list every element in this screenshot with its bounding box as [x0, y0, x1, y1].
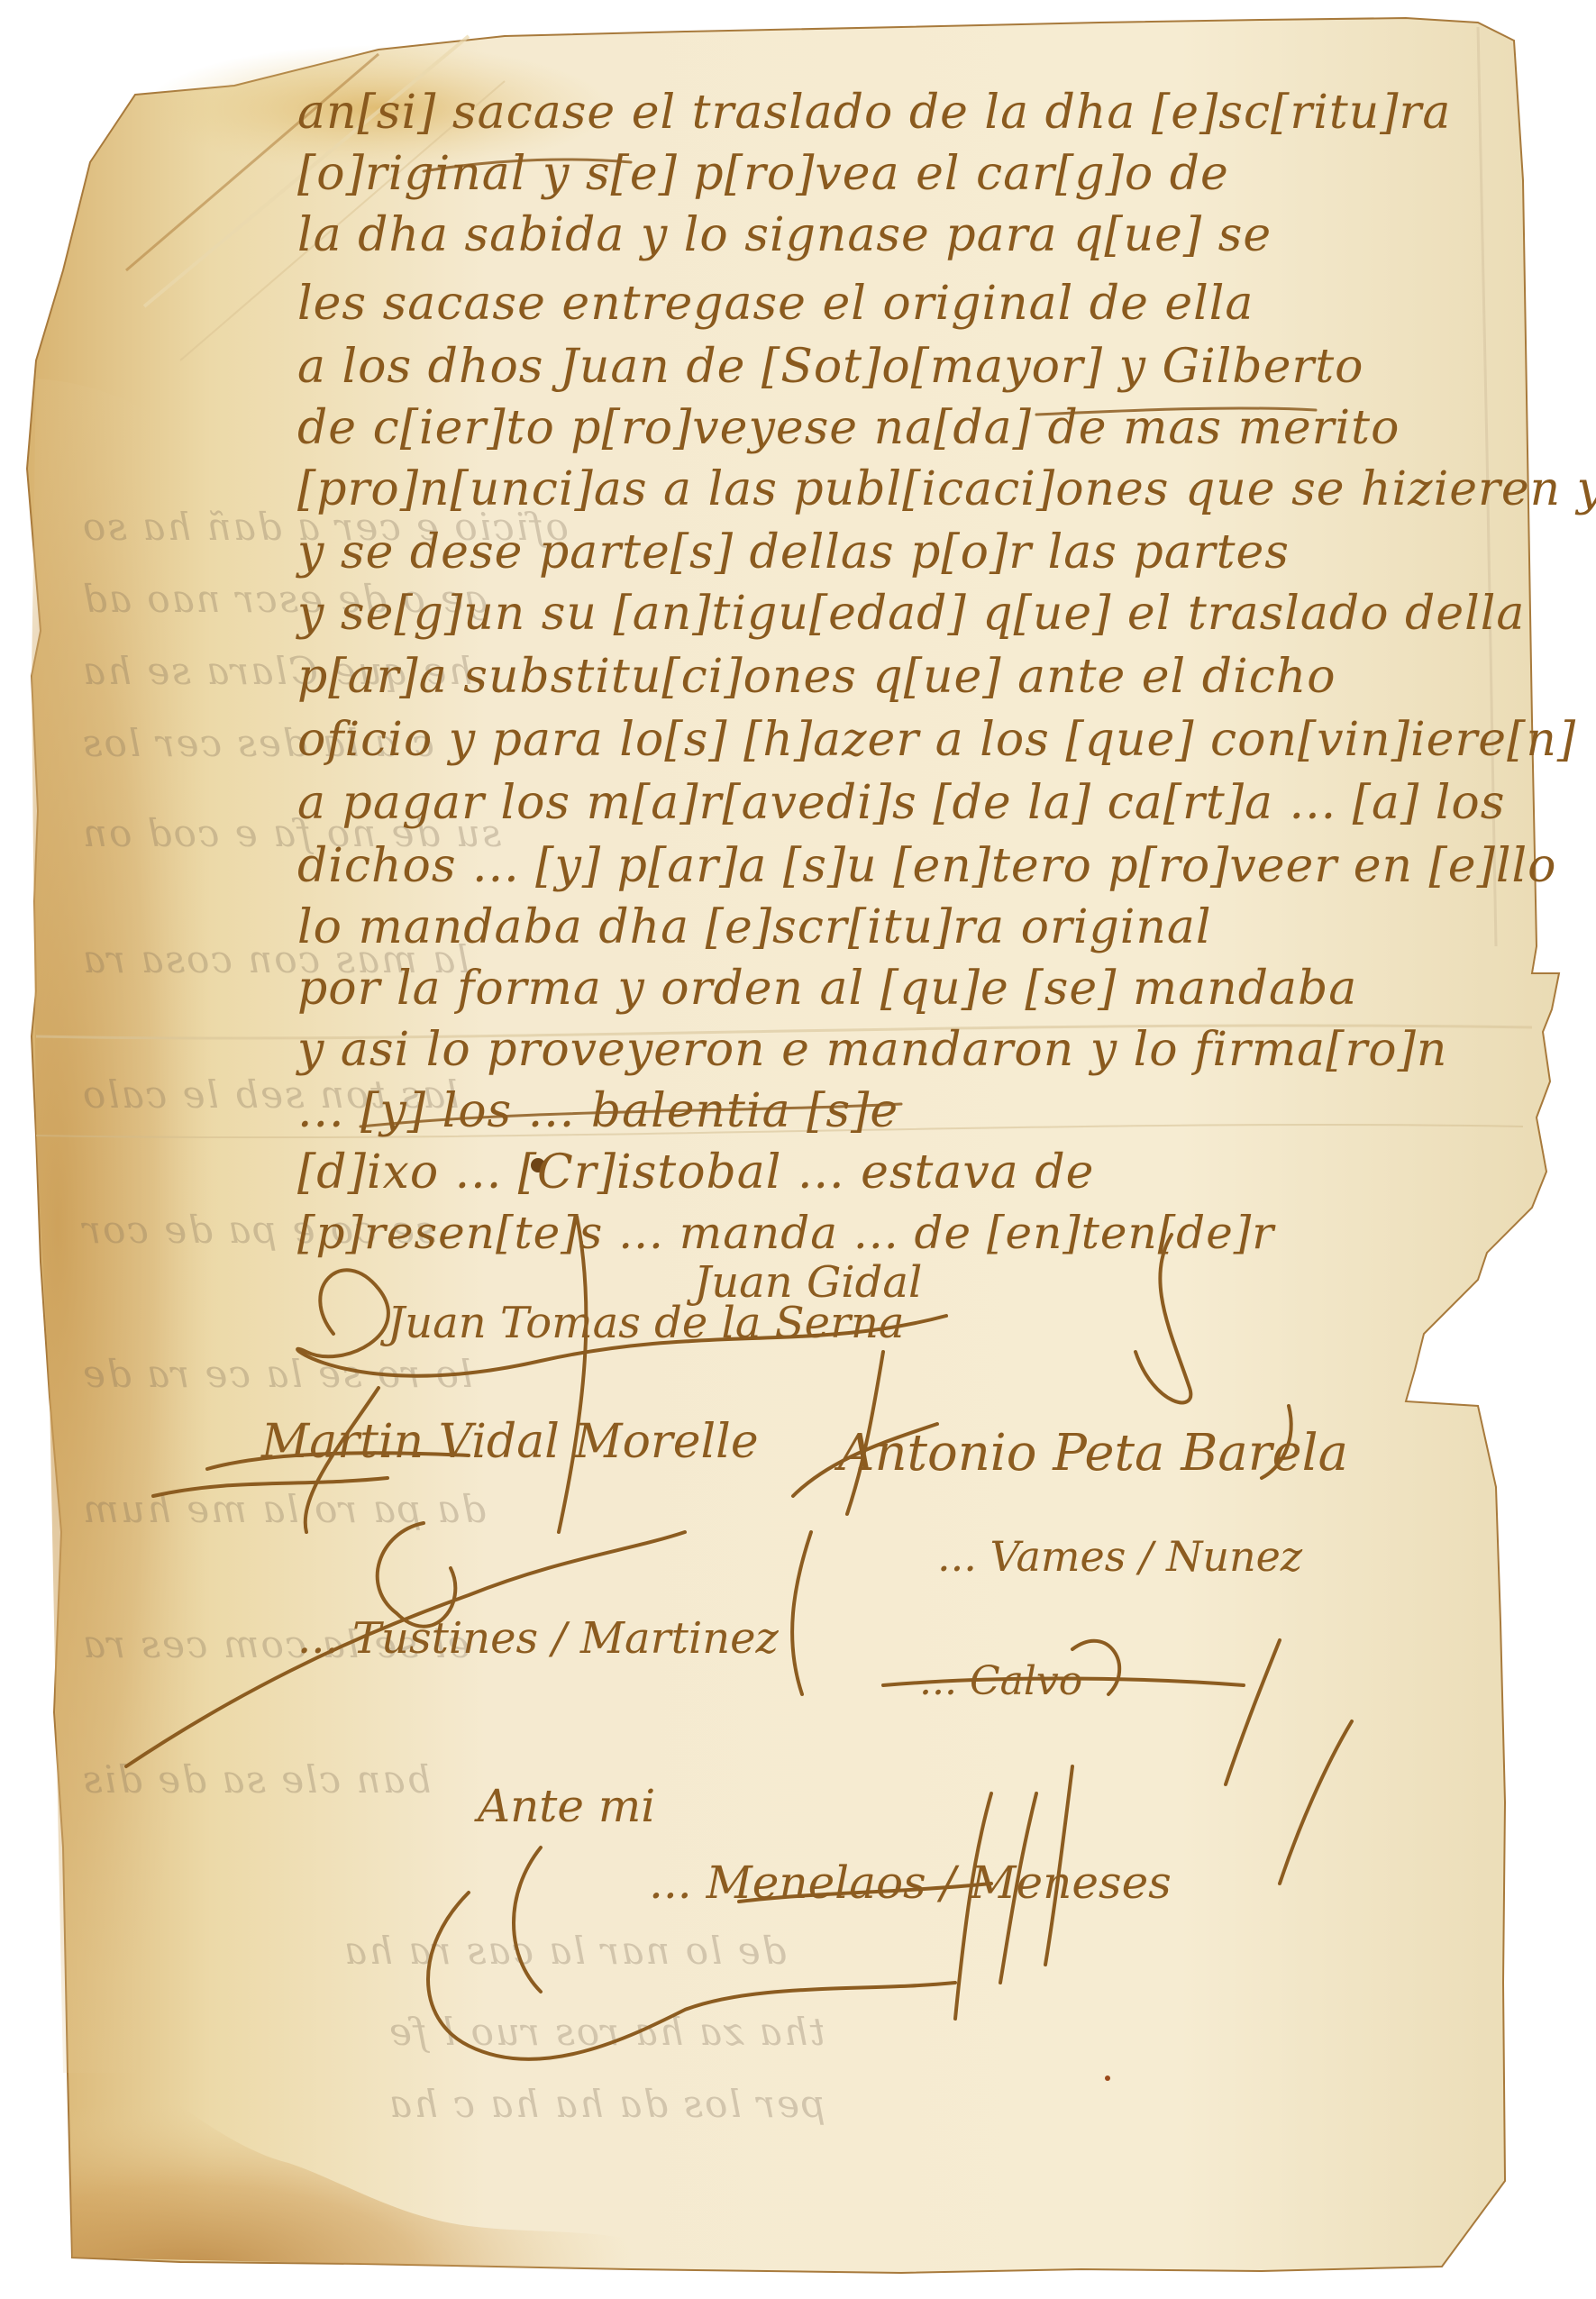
rubric-flourish [297, 1270, 946, 1375]
manuscript-sheet: oficio e cer a dañ ha so ge o de escr na… [0, 0, 1596, 2299]
notary-rubric [428, 1893, 955, 2059]
rubric-flourish [378, 1523, 456, 1627]
signature-flourishes [0, 0, 1596, 2299]
rubric-flourish [153, 1478, 388, 1496]
